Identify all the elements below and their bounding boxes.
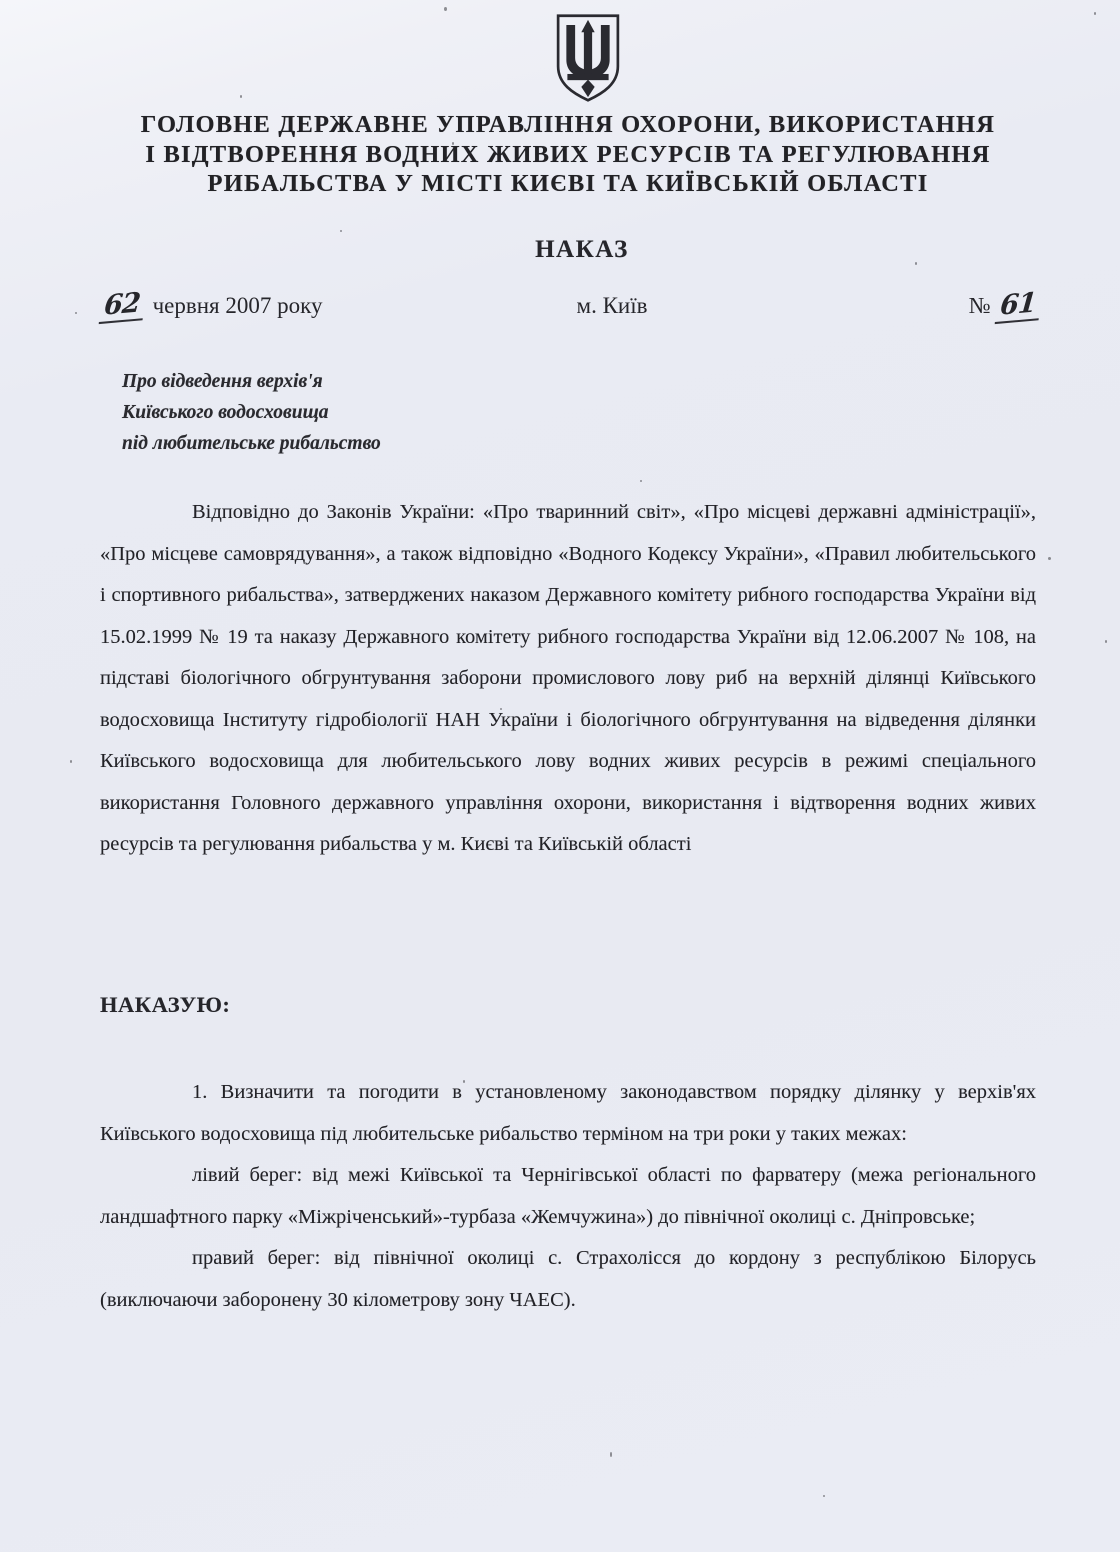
order-heading: НАКАЗУЮ:	[100, 992, 230, 1018]
organization-name-line3: РИБАЛЬСТВА У МІСТІ КИЄВІ ТА КИЇВСЬКІЙ ОБ…	[88, 169, 1048, 199]
ukraine-trident-emblem	[554, 12, 622, 104]
scanned-order-page: ГОЛОВНЕ ДЕРЖАВНЕ УПРАВЛІННЯ ОХОРОНИ, ВИК…	[0, 0, 1120, 1552]
organization-name-line2: І ВІДТВОРЕННЯ ВОДНИХ ЖИВИХ РЕСУРСІВ ТА Р…	[88, 140, 1048, 170]
subject-line2: Київського водосховища	[122, 397, 582, 428]
clause-2-left-bank: лівий берег: від межі Київської та Черні…	[100, 1155, 1036, 1238]
number-field: № 61	[605, 291, 1040, 322]
handwritten-day: 62	[99, 289, 145, 324]
subject-line3: під любительське рибальство	[122, 428, 582, 459]
clauses: 1. Визначити та погодити в установленому…	[100, 1072, 1036, 1321]
clause-3-right-bank: правий берег: від північної околиці с. С…	[100, 1238, 1036, 1321]
date-month-year: червня 2007 року	[153, 293, 323, 318]
subject-annotation: Про відведення верхів'я Київського водос…	[122, 366, 582, 459]
handwritten-number: 61	[995, 289, 1041, 324]
preamble: Відповідно до Законів України: «Про твар…	[100, 492, 1036, 866]
preamble-paragraph: Відповідно до Законів України: «Про твар…	[100, 492, 1036, 866]
document-title: НАКАЗ	[22, 236, 1120, 264]
number-label: №	[969, 293, 991, 318]
dateline: 62червня 2007 року м. Київ № 61	[100, 291, 1040, 322]
subject-line1: Про відведення верхів'я	[122, 366, 582, 397]
place-field: м. Київ	[577, 293, 648, 319]
clause-1: 1. Визначити та погодити в установленому…	[100, 1072, 1036, 1155]
date-field: 62червня 2007 року	[100, 291, 535, 322]
organization-name-line1: ГОЛОВНЕ ДЕРЖАВНЕ УПРАВЛІННЯ ОХОРОНИ, ВИК…	[88, 110, 1048, 140]
organization-name: ГОЛОВНЕ ДЕРЖАВНЕ УПРАВЛІННЯ ОХОРОНИ, ВИК…	[88, 110, 1048, 199]
